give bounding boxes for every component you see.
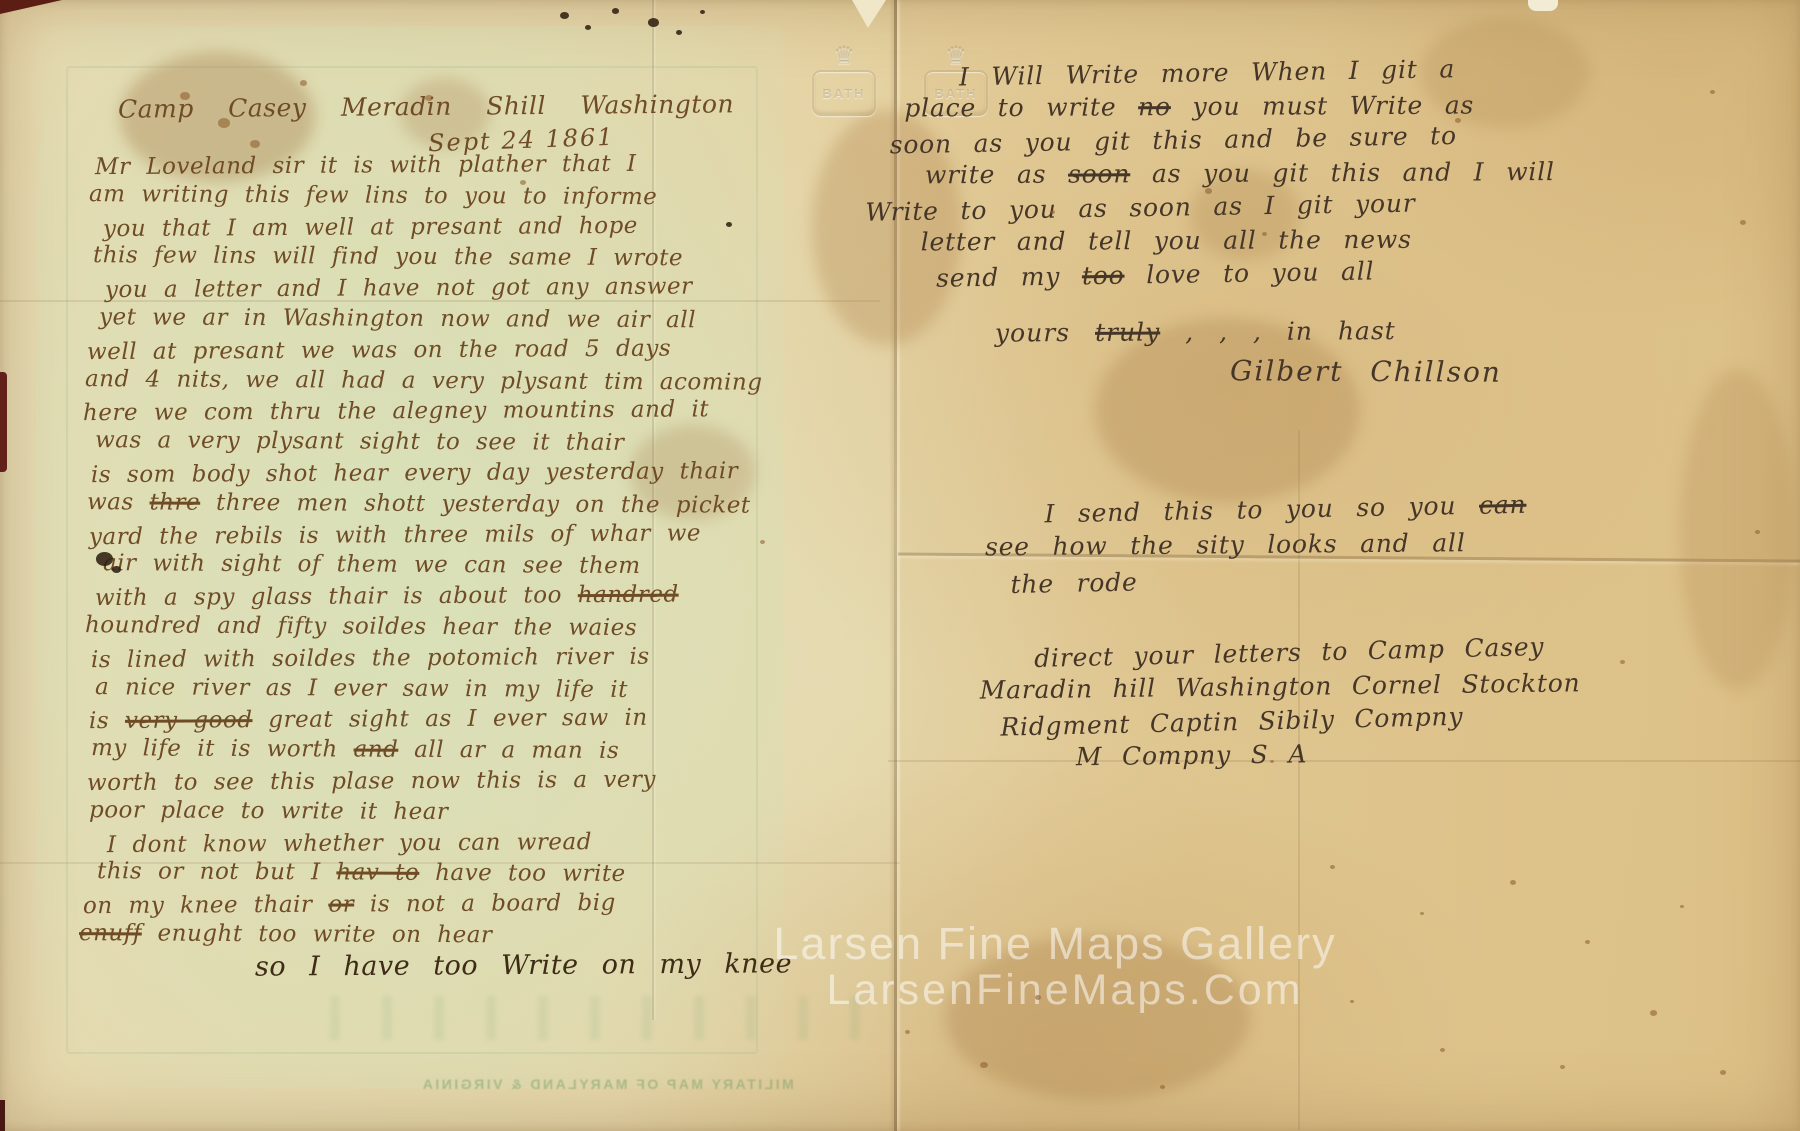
letter-line: Gilbert Chillson: [1230, 351, 1502, 392]
letter-line: well at presant we was on the road 5 day…: [87, 333, 792, 368]
stain-speck: [1050, 210, 1055, 214]
letter-line: houndred and fifty soildes hear the waie…: [85, 610, 792, 644]
letter-line: this few lins will find you the same I w…: [93, 241, 792, 275]
letter-line: Mr Loveland sir it is with plather that …: [95, 148, 792, 183]
letter-line: I dont know whether you can wread: [107, 825, 792, 860]
stain-speck: [1650, 1010, 1657, 1016]
stain-speck: [1510, 880, 1516, 885]
letter-line: here we com thru the alegney mountins an…: [83, 394, 792, 429]
letter-line: with a spy glass thair is about too hand…: [95, 579, 792, 614]
stain-speck: [1720, 1070, 1726, 1075]
stain-speck: [218, 118, 230, 128]
stain-speck: [180, 92, 190, 100]
stain-speck: [1035, 995, 1041, 1000]
letter-line: was a very plysant sight to see it thair: [95, 425, 792, 459]
letter-line: is som body shot hear every day yesterda…: [91, 456, 792, 491]
stain-speck: [1455, 118, 1461, 123]
stain-speck: [726, 222, 732, 227]
stain-speck: [676, 30, 682, 35]
letter-line: this or not but I hav to have too write: [97, 857, 792, 891]
letter-line: air with sight of them we can see them: [103, 549, 792, 583]
letter-body-page2: I Will Write more When I git aplace to w…: [864, 52, 1556, 294]
watermark-line1: Larsen Fine Maps Gallery: [660, 918, 1450, 970]
letter-line: on my knee thair or is not a board big: [83, 887, 792, 922]
letter-body-page1: Mr Loveland sir it is with plather that …: [95, 150, 792, 982]
letter-line: poor place to write it hear: [89, 795, 792, 829]
stain: [1680, 370, 1795, 690]
stain-speck: [1585, 940, 1590, 944]
stain-speck: [1560, 1065, 1565, 1069]
stain-speck: [700, 10, 705, 14]
stain-speck: [585, 25, 591, 30]
letter-line: M Compny S A: [1076, 734, 1582, 774]
stain-speck: [300, 80, 307, 86]
letter-line: I Will Write more When I git a: [959, 51, 1554, 94]
letter-line: a nice river as I ever saw in my life it: [95, 672, 792, 706]
stain-speck: [648, 18, 659, 27]
letter-postscript: I send this to you so you cansee how the…: [984, 488, 1527, 601]
letter-line: yard the rebils is with three mils of wh…: [89, 517, 792, 552]
letter-line: yours truly , , , in hast: [995, 310, 1502, 353]
stain-speck: [1440, 1048, 1445, 1052]
stain-speck: [760, 540, 765, 544]
stain-speck: [250, 140, 260, 148]
letter-line: worth to see this plase now this is a ve…: [87, 764, 792, 799]
stain-speck: [1160, 1085, 1165, 1089]
letter-line: and 4 nits, we all had a very plysant ti…: [85, 364, 792, 398]
stain-speck: [1710, 90, 1715, 94]
edge-backing-left: [0, 372, 7, 472]
scanned-letter: ♛ BATH ♛ BATH Camp Casey Meradin Shill W…: [0, 0, 1800, 1131]
stain-speck: [96, 552, 113, 566]
seal-text: BATH: [822, 86, 865, 101]
watermark-line2: LarsenFineMaps.Com: [700, 966, 1430, 1015]
stain-speck: [1740, 220, 1746, 225]
letter-line: am writing this few lins to you to infor…: [89, 179, 792, 213]
letter-line: you that I am well at presant and hope: [103, 209, 792, 244]
stain-speck: [1330, 865, 1335, 869]
letter-address-block: direct your letters to Camp CaseyMaradin…: [979, 631, 1582, 777]
stain-speck: [1205, 188, 1212, 194]
letter-line: is very good great sight as I ever saw i…: [89, 702, 792, 737]
letter-line: yet we ar in Washington now and we air a…: [99, 302, 792, 336]
stain-speck: [1755, 530, 1760, 534]
corner-backing-bottom-left: [0, 1100, 5, 1131]
stain-speck: [520, 180, 526, 185]
letter-line: you a letter and I have not got any answ…: [105, 271, 792, 306]
paper-nick-top-right: [1528, 0, 1558, 11]
letter-line: my life it is worth and all ar a man is: [91, 733, 792, 767]
letter-line: was thre three men shott yesterday on th…: [87, 487, 792, 521]
letter-line: is lined with soildes the potomich river…: [91, 641, 792, 676]
letter-closing-and-signature: yours truly , , , in hastGilbert Chillso…: [995, 312, 1502, 392]
stain-speck: [905, 1030, 910, 1034]
stain-speck: [1262, 232, 1267, 236]
map-show-through-caption: MILITARY MAP OF MARYLAND & VIRGINIA: [372, 1076, 842, 1092]
stain-speck: [1620, 660, 1625, 664]
stain-speck: [612, 8, 619, 14]
